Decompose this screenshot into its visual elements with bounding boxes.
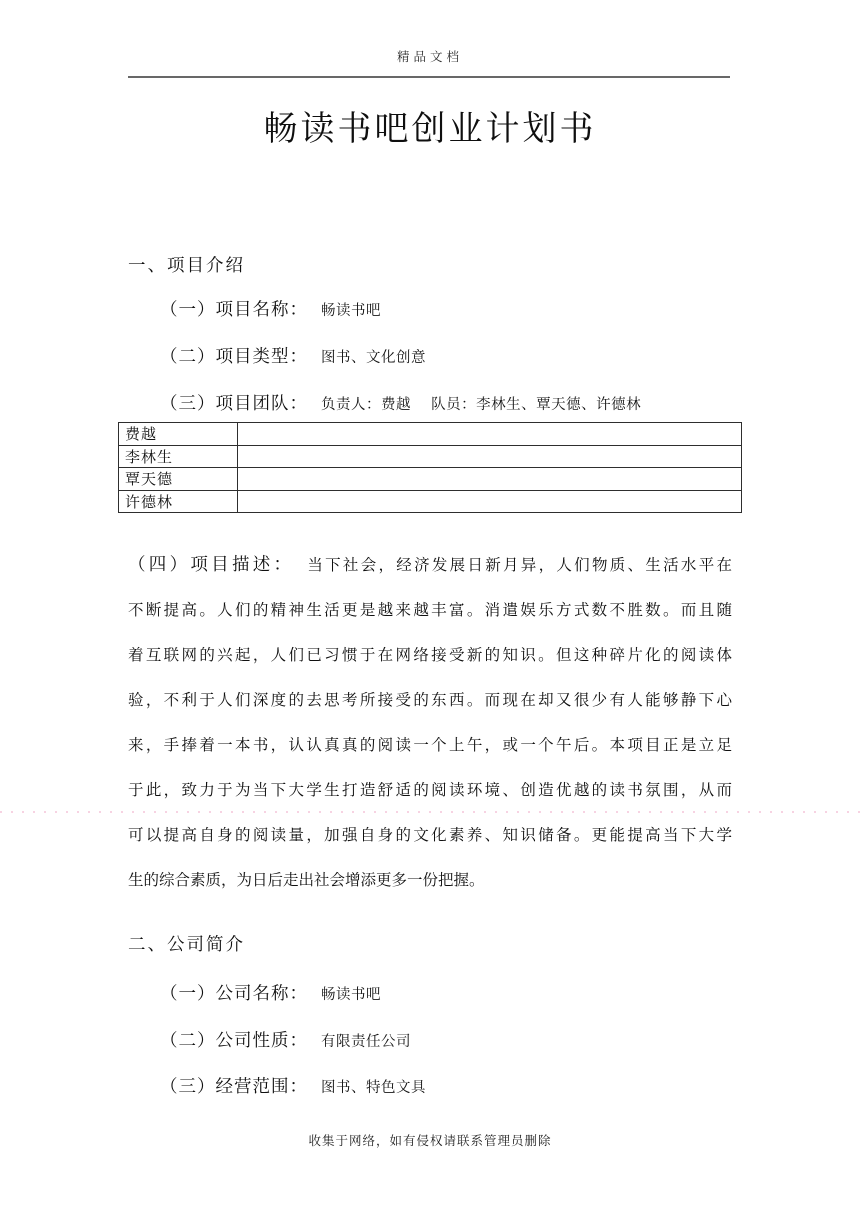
team-member-name: 李林生: [119, 445, 238, 468]
project-type-row: （二）项目类型：图书、文化创意: [160, 343, 426, 368]
company-name-label: （一）公司名称：: [160, 983, 308, 1003]
section-heading-project-intro: 一、项目介绍: [128, 252, 245, 277]
description-line: 生的综合素质，为日后走出社会增添更多一份把握。: [128, 858, 732, 903]
team-member-name: 许德林: [119, 490, 238, 513]
project-type-label: （二）项目类型：: [160, 346, 308, 366]
section-heading-company-profile: 二、公司简介: [128, 931, 245, 956]
team-member-name: 覃天德: [119, 468, 238, 491]
company-name-row: （一）公司名称：畅读书吧: [160, 980, 381, 1005]
company-type-label: （二）公司性质：: [160, 1030, 308, 1050]
table-row: 李林生: [119, 445, 742, 468]
team-member-detail: [238, 490, 742, 513]
project-description-paragraph: （四）项目描述：当下社会，经济发展日新月异，人们物质、生活水平在 不断提高。人们…: [128, 542, 732, 903]
project-type-value: 图书、文化创意: [321, 350, 426, 366]
company-type-row: （二）公司性质：有限责任公司: [160, 1027, 411, 1052]
table-row: 覃天德: [119, 468, 742, 491]
team-member-name: 费越: [119, 423, 238, 446]
project-team-label: （三）项目团队：: [160, 393, 308, 413]
header-rule: [128, 76, 730, 78]
table-row: 费越: [119, 423, 742, 446]
project-description-label: （四）项目描述：: [128, 554, 294, 574]
company-name-value: 畅读书吧: [321, 987, 381, 1003]
document-page: 精品文档 畅读书吧创业计划书 一、项目介绍 （一）项目名称：畅读书吧 （二）项目…: [0, 0, 860, 1218]
description-line: 可以提高自身的阅读量，加强自身的文化素养、知识储备。更能提高当下大学: [128, 813, 732, 858]
description-line: 于此，致力于为当下大学生打造舒适的阅读环境、创造优越的读书氛围，从而: [128, 768, 732, 813]
team-member-detail: [238, 468, 742, 491]
business-scope-label: （三）经营范围：: [160, 1076, 308, 1096]
description-line: （四）项目描述：当下社会，经济发展日新月异，人们物质、生活水平在: [128, 542, 732, 588]
business-scope-value: 图书、特色文具: [321, 1080, 426, 1096]
project-team-row: （三）项目团队：负责人：费越 队员：李林生、覃天德、许德林: [160, 390, 641, 415]
footer-disclaimer: 收集于网络，如有侵权请联系管理员删除: [0, 1131, 860, 1149]
description-text: 当下社会，经济发展日新月异，人们物质、生活水平在: [307, 556, 732, 574]
company-type-value: 有限责任公司: [321, 1034, 411, 1050]
description-line: 来，手捧着一本书，认认真真的阅读一个上午，或一个午后。本项目正是立足: [128, 723, 732, 768]
project-team-value: 负责人：费越 队员：李林生、覃天德、许德林: [321, 397, 641, 413]
team-member-detail: [238, 445, 742, 468]
document-title: 畅读书吧创业计划书: [0, 101, 860, 150]
team-table: 费越 李林生 覃天德 许德林: [118, 422, 742, 513]
description-line: 着互联网的兴起，人们已习惯于在网络接受新的知识。但这种碎片化的阅读体: [128, 633, 732, 678]
project-name-label: （一）项目名称：: [160, 299, 308, 319]
team-member-detail: [238, 423, 742, 446]
project-name-value: 畅读书吧: [321, 303, 381, 319]
description-line: 验，不利于人们深度的去思考所接受的东西。而现在却又很少有人能够静下心: [128, 678, 732, 723]
table-row: 许德林: [119, 490, 742, 513]
description-line: 不断提高。人们的精神生活更是越来越丰富。消遣娱乐方式数不胜数。而且随: [128, 588, 732, 633]
business-scope-row: （三）经营范围：图书、特色文具: [160, 1073, 426, 1098]
project-name-row: （一）项目名称：畅读书吧: [160, 296, 381, 321]
header-watermark: 精品文档: [0, 47, 860, 65]
